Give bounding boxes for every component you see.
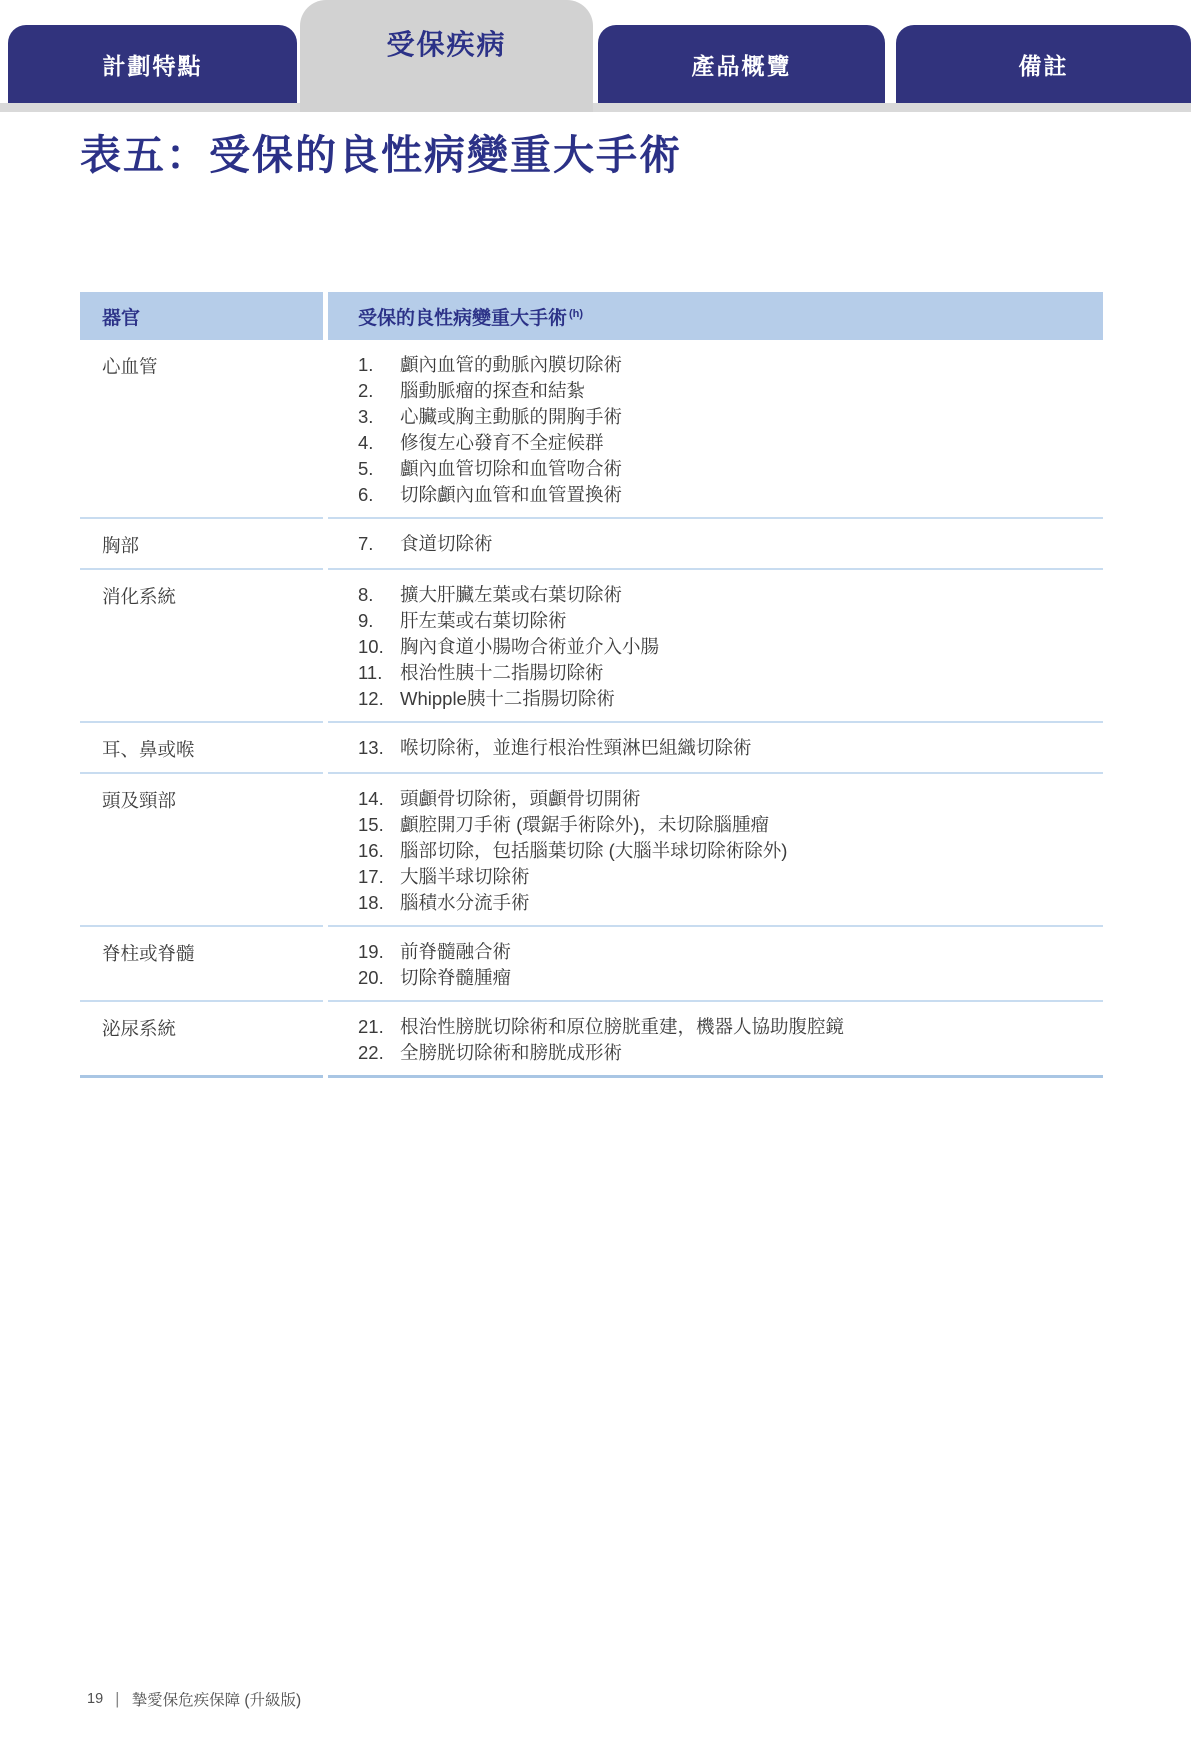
item-number: 22. <box>358 1040 400 1066</box>
surgery-item: 8.擴大肝臟左葉或右葉切除術 <box>358 582 1103 608</box>
item-text: 切除顱內血管和血管置換術 <box>400 482 1103 508</box>
surgery-item: 13.喉切除術，並進行根治性頸淋巴組織切除術 <box>358 735 1103 761</box>
item-number: 15. <box>358 812 400 838</box>
item-number: 18. <box>358 890 400 916</box>
item-text: 修復左心發育不全症候群 <box>400 430 1103 456</box>
surgery-item: 11.根治性胰十二指腸切除術 <box>358 660 1103 686</box>
item-text: 腦部切除，包括腦葉切除 (大腦半球切除術除外) <box>400 838 1103 864</box>
organ-cell: 心血管 <box>80 340 323 519</box>
organ-cell: 頭及頸部 <box>80 774 323 927</box>
item-text: 全膀胱切除術和膀胱成形術 <box>400 1040 1103 1066</box>
surgeries-cell: 8.擴大肝臟左葉或右葉切除術9.肝左葉或右葉切除術10.胸內食道小腸吻合術並介入… <box>328 570 1103 723</box>
surgeries-cell: 13.喉切除術，並進行根治性頸淋巴組織切除術 <box>328 723 1103 774</box>
item-number: 10. <box>358 634 400 660</box>
benign-surgeries-table: 器官 受保的良性病變重大手術(h) 心血管1.顱內血管的動脈內膜切除術2.腦動脈… <box>80 292 1103 1078</box>
page-number: 19 <box>87 1691 103 1707</box>
surgery-item: 5.顱內血管切除和血管吻合術 <box>358 456 1103 482</box>
surgery-item: 20.切除脊髓腫瘤 <box>358 965 1103 991</box>
surgery-item: 22.全膀胱切除術和膀胱成形術 <box>358 1040 1103 1066</box>
page-footer: 19 | 摯愛保危疾保障 (升級版) <box>87 1688 301 1710</box>
item-text: 頭顱骨切除術，頭顱骨切開術 <box>400 786 1103 812</box>
surgery-item: 19.前脊髓融合術 <box>358 939 1103 965</box>
footer-document-title: 摯愛保危疾保障 (升級版) <box>132 1688 302 1710</box>
tab-bar-strip <box>0 103 1191 112</box>
surgery-item: 6.切除顱內血管和血管置換術 <box>358 482 1103 508</box>
item-number: 5. <box>358 456 400 482</box>
surgery-item: 16.腦部切除，包括腦葉切除 (大腦半球切除術除外) <box>358 838 1103 864</box>
item-text: 心臟或胸主動脈的開胸手術 <box>400 404 1103 430</box>
item-text: 切除脊髓腫瘤 <box>400 965 1103 991</box>
item-text: 腦積水分流手術 <box>400 890 1103 916</box>
column-header-surgery-label: 受保的良性病變重大手術 <box>358 303 567 330</box>
column-header-surgery: 受保的良性病變重大手術(h) <box>328 292 1103 340</box>
item-text: 顱內血管的動脈內膜切除術 <box>400 352 1103 378</box>
tab-product-overview[interactable]: 產品概覽 <box>598 25 885 103</box>
surgery-item: 9.肝左葉或右葉切除術 <box>358 608 1103 634</box>
item-number: 21. <box>358 1014 400 1040</box>
item-number: 8. <box>358 582 400 608</box>
surgery-item: 2.腦動脈瘤的探查和結紮 <box>358 378 1103 404</box>
surgery-item: 12.Whipple胰十二指腸切除術 <box>358 686 1103 712</box>
tab-plan-features[interactable]: 計劃特點 <box>8 25 297 103</box>
column-header-organ: 器官 <box>80 292 323 340</box>
item-number: 20. <box>358 965 400 991</box>
item-number: 12. <box>358 686 400 712</box>
surgeries-cell: 14.頭顱骨切除術，頭顱骨切開術15.顱腔開刀手術 (環鋸手術除外)，未切除腦腫… <box>328 774 1103 927</box>
item-text: 胸內食道小腸吻合術並介入小腸 <box>400 634 1103 660</box>
surgery-item: 4.修復左心發育不全症候群 <box>358 430 1103 456</box>
surgery-item: 10.胸內食道小腸吻合術並介入小腸 <box>358 634 1103 660</box>
surgery-item: 17.大腦半球切除術 <box>358 864 1103 890</box>
organ-cell: 消化系統 <box>80 570 323 723</box>
organ-cell: 耳、鼻或喉 <box>80 723 323 774</box>
item-number: 3. <box>358 404 400 430</box>
surgery-item: 15.顱腔開刀手術 (環鋸手術除外)，未切除腦腫瘤 <box>358 812 1103 838</box>
tab-bar: 計劃特點 受保疾病 產品概覽 備註 <box>0 0 1191 112</box>
item-text: Whipple胰十二指腸切除術 <box>400 686 1103 712</box>
item-text: 擴大肝臟左葉或右葉切除術 <box>400 582 1103 608</box>
organ-cell: 脊柱或脊髓 <box>80 927 323 1002</box>
item-text: 根治性膀胱切除術和原位膀胱重建，機器人協助腹腔鏡 <box>400 1014 1103 1040</box>
item-text: 前脊髓融合術 <box>400 939 1103 965</box>
item-text: 顱內血管切除和血管吻合術 <box>400 456 1103 482</box>
item-text: 喉切除術，並進行根治性頸淋巴組織切除術 <box>400 735 1103 761</box>
surgery-item: 3.心臟或胸主動脈的開胸手術 <box>358 404 1103 430</box>
surgeries-cell: 1.顱內血管的動脈內膜切除術2.腦動脈瘤的探查和結紮3.心臟或胸主動脈的開胸手術… <box>328 340 1103 519</box>
surgeries-cell: 19.前脊髓融合術20.切除脊髓腫瘤 <box>328 927 1103 1002</box>
item-number: 14. <box>358 786 400 812</box>
surgery-item: 1.顱內血管的動脈內膜切除術 <box>358 352 1103 378</box>
item-text: 顱腔開刀手術 (環鋸手術除外)，未切除腦腫瘤 <box>400 812 1103 838</box>
item-text: 肝左葉或右葉切除術 <box>400 608 1103 634</box>
item-number: 9. <box>358 608 400 634</box>
organ-cell: 胸部 <box>80 519 323 570</box>
footer-divider: | <box>115 1689 119 1709</box>
item-number: 6. <box>358 482 400 508</box>
item-number: 1. <box>358 352 400 378</box>
item-text: 食道切除術 <box>400 531 1103 557</box>
item-number: 19. <box>358 939 400 965</box>
item-text: 根治性胰十二指腸切除術 <box>400 660 1103 686</box>
surgery-item: 21.根治性膀胱切除術和原位膀胱重建，機器人協助腹腔鏡 <box>358 1014 1103 1040</box>
document-page: 計劃特點 受保疾病 產品概覽 備註 表五：受保的良性病變重大手術 器官 受保的良… <box>0 0 1191 1760</box>
item-number: 16. <box>358 838 400 864</box>
item-number: 13. <box>358 735 400 761</box>
surgeries-cell: 21.根治性膀胱切除術和原位膀胱重建，機器人協助腹腔鏡22.全膀胱切除術和膀胱成… <box>328 1002 1103 1078</box>
tab-remarks[interactable]: 備註 <box>896 25 1191 103</box>
surgeries-cell: 7.食道切除術 <box>328 519 1103 570</box>
organ-cell: 泌尿系統 <box>80 1002 323 1078</box>
item-text: 腦動脈瘤的探查和結紮 <box>400 378 1103 404</box>
item-number: 17. <box>358 864 400 890</box>
surgery-item: 7.食道切除術 <box>358 531 1103 557</box>
footnote-marker: (h) <box>569 308 583 320</box>
page-title: 表五：受保的良性病變重大手術 <box>80 122 682 181</box>
item-number: 7. <box>358 531 400 557</box>
item-number: 11. <box>358 660 400 686</box>
tab-covered-illnesses[interactable]: 受保疾病 <box>300 0 593 112</box>
item-number: 4. <box>358 430 400 456</box>
surgery-item: 14.頭顱骨切除術，頭顱骨切開術 <box>358 786 1103 812</box>
surgery-item: 18.腦積水分流手術 <box>358 890 1103 916</box>
item-text: 大腦半球切除術 <box>400 864 1103 890</box>
item-number: 2. <box>358 378 400 404</box>
